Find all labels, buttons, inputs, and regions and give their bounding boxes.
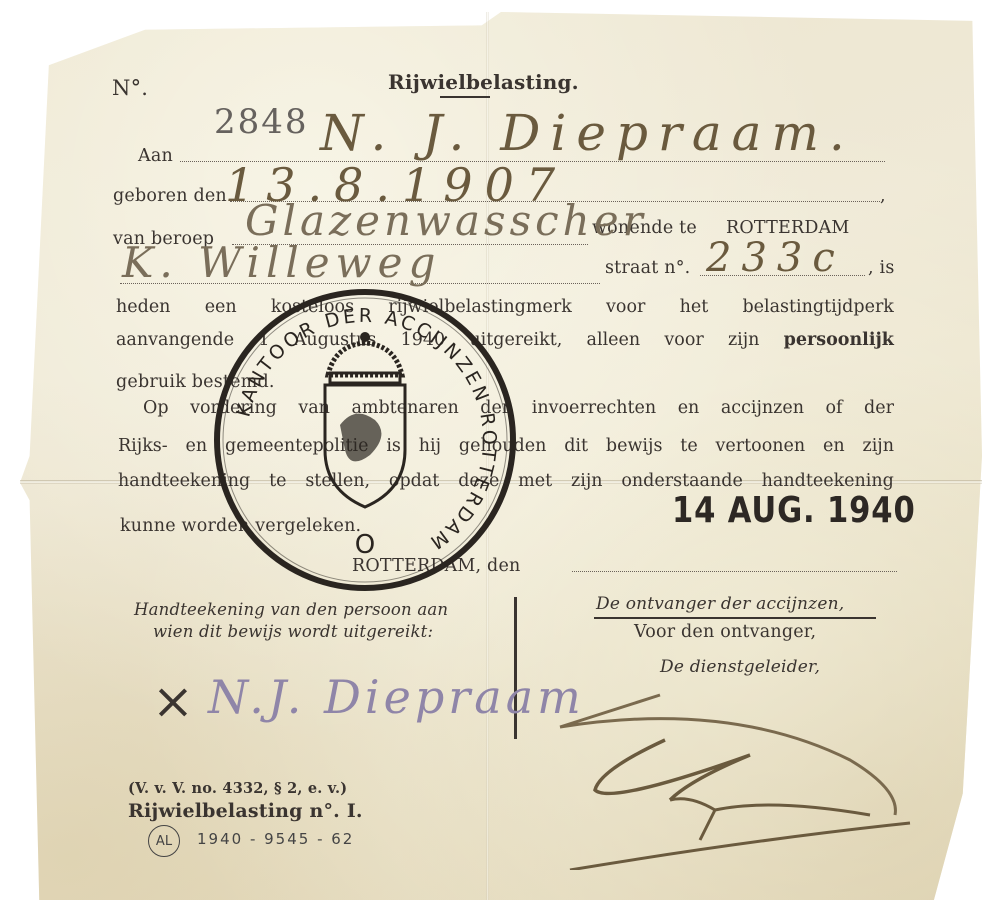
for-receiver-label: Voor den ontvanger, xyxy=(634,622,816,642)
house-number-handwritten: 233c xyxy=(706,235,845,281)
signature-caption-2: wien dit bewijs wordt uitgereikt: xyxy=(153,622,433,641)
bold-word: persoonlijk xyxy=(784,330,894,350)
signature-caption-1: Handteekening van den persoon aan xyxy=(134,600,448,619)
aan-label: Aan xyxy=(138,146,173,166)
title-underline xyxy=(440,96,490,98)
cross-mark: × xyxy=(152,672,194,730)
regulation-reference: (V. v. V. no. 4332, § 2, e. v.) xyxy=(128,780,347,797)
document-title: Rijwielbelasting. xyxy=(388,70,579,94)
receiver-underline xyxy=(594,617,876,619)
official-signature xyxy=(550,680,920,870)
excise-office-seal: KANTOOR DER ACCIJNZEN ROTTERDAM O xyxy=(210,285,520,595)
printer-code: 1940 - 9545 - 62 xyxy=(197,830,354,848)
crown-icon xyxy=(328,332,402,383)
coat-of-arms-shield-icon xyxy=(325,385,405,507)
holder-signature: N.J. Diepraam xyxy=(208,670,585,724)
date-line xyxy=(572,571,897,572)
serial-number: 2848 xyxy=(214,102,309,142)
receiver-title: De ontvanger der accijnzen, xyxy=(596,594,844,614)
printer-logo-icon: AL xyxy=(148,825,180,857)
straat-label: straat n°. xyxy=(605,258,690,278)
official-title: De dienstgeleider, xyxy=(660,657,820,677)
number-label: N°. xyxy=(112,76,148,100)
aan-handwritten: N. J. Diepraam. xyxy=(320,104,855,162)
svg-text:O: O xyxy=(355,530,375,560)
geboren-comma: , xyxy=(880,186,886,206)
street-handwritten: K. Willeweg xyxy=(122,238,441,287)
is-label: , is xyxy=(868,258,895,278)
geboren-label: geboren den xyxy=(113,186,227,206)
form-name: Rijwielbelasting n°. I. xyxy=(128,800,363,822)
date-stamp: 14 AUG. 1940 xyxy=(672,490,916,531)
